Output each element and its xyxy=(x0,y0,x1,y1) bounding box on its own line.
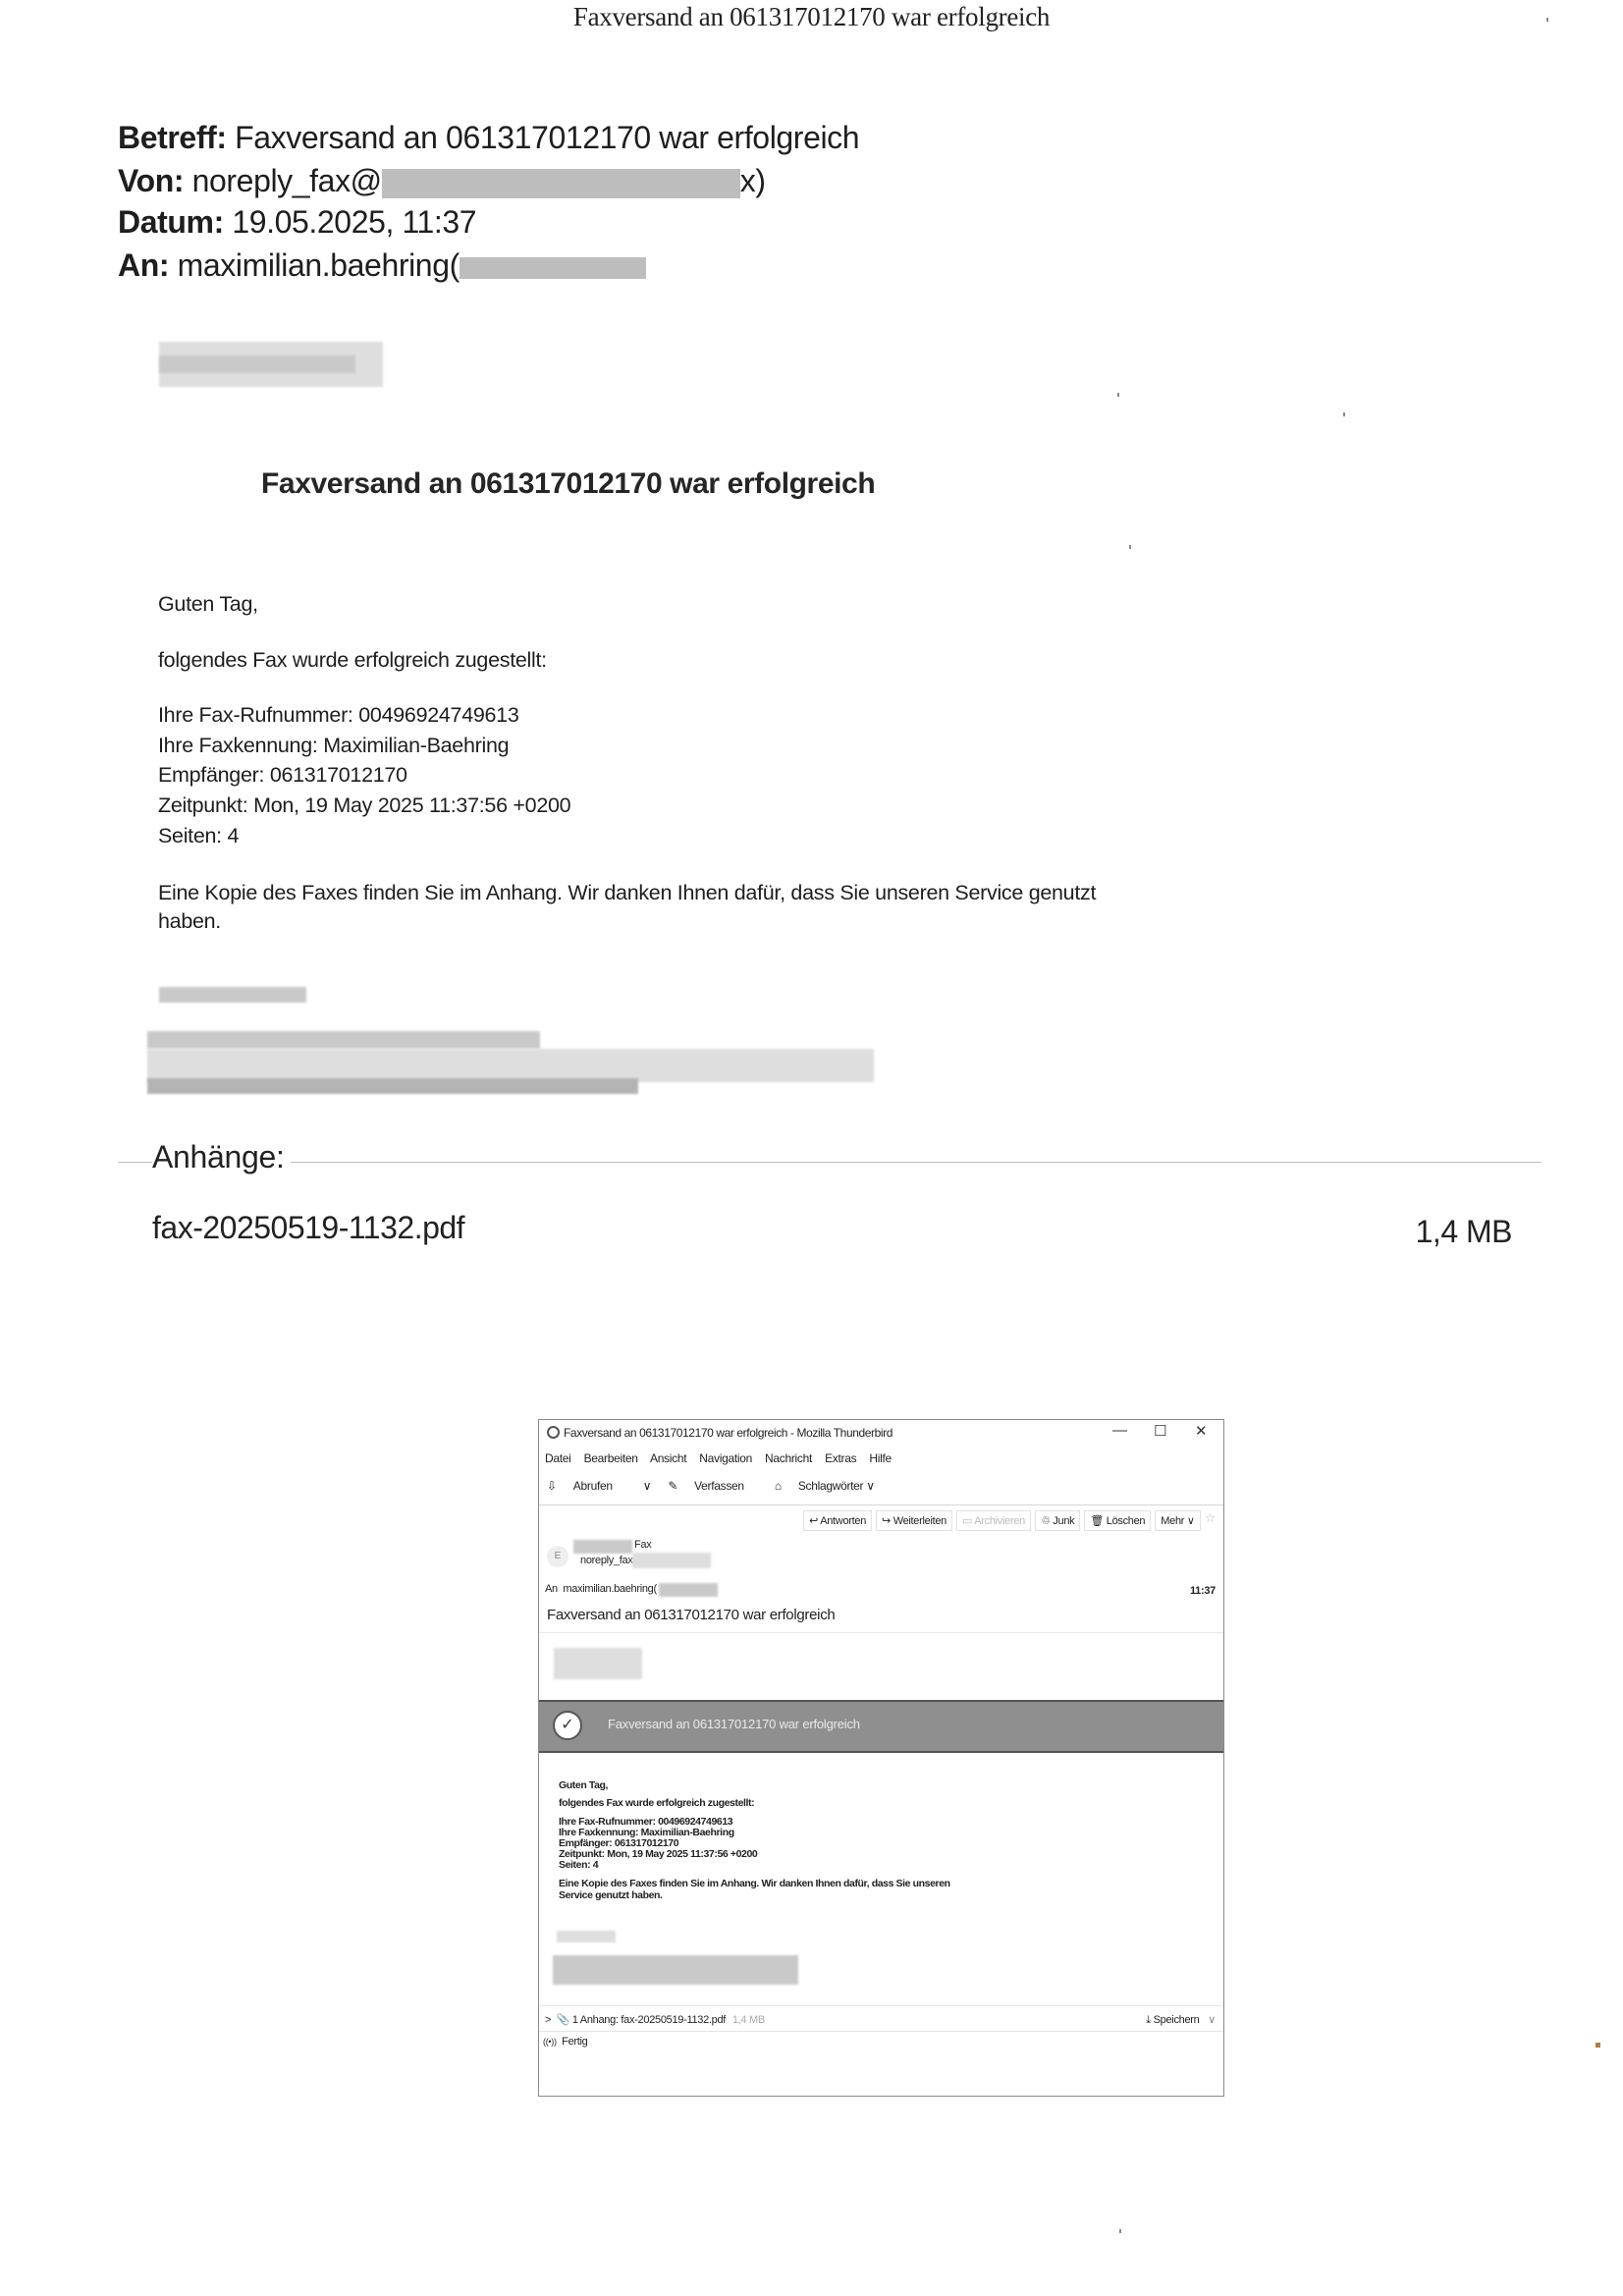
tb-greeting: Guten Tag, xyxy=(559,1779,608,1791)
redacted-logo-detail xyxy=(159,355,355,373)
date-header: Datum: 19.05.2025, 11:37 xyxy=(118,204,476,241)
sender-email[interactable]: noreply_fax( xyxy=(580,1555,636,1566)
date-value: 19.05.2025, 11:37 xyxy=(232,204,476,240)
menu-navigation[interactable]: Navigation xyxy=(699,1451,752,1465)
to-label: An: xyxy=(118,247,169,283)
compose-button[interactable]: ✎ Verfassen xyxy=(668,1479,757,1493)
forward-button[interactable]: ↪ Weiterleiten xyxy=(876,1510,952,1531)
archive-icon: ▭ xyxy=(962,1515,974,1527)
delete-button[interactable]: 🗑 Löschen xyxy=(1084,1510,1151,1531)
save-dropdown[interactable]: ∨ xyxy=(1208,2014,1216,2026)
download-icon: ⤓ xyxy=(1146,2014,1153,2026)
scan-speck xyxy=(1596,2043,1600,2048)
to-value: maximilian.baehring( xyxy=(178,247,460,283)
reply-icon: ↩ xyxy=(809,1515,820,1527)
success-banner: ✓ Faxversand an 061317012170 war erfolgr… xyxy=(539,1700,1223,1753)
cloud-download-icon: ⇩ xyxy=(547,1479,560,1493)
tb-attachment-size: 1,4 MB xyxy=(732,2014,765,2026)
attachment-divider xyxy=(539,2005,1223,2006)
redacted-signature-line xyxy=(147,1078,638,1094)
subject-value: Faxversand an 061317012170 war erfolgrei… xyxy=(235,120,859,155)
closing-line-2: haben. xyxy=(158,909,221,934)
toolbar-divider xyxy=(539,1504,1223,1505)
tb-title-bar: Faxversand an 061317012170 war erfolgrei… xyxy=(547,1426,893,1440)
tb-attachment-text: 1 Anhang: fax-20250519-1132.pdf xyxy=(572,2014,726,2026)
sender-avatar: E xyxy=(547,1546,568,1567)
subject-header: Betreff: Faxversand an 061317012170 war … xyxy=(118,120,859,156)
expand-chevron-icon[interactable]: > xyxy=(545,2014,551,2026)
tb-to-row: An maximilian.baehring( xyxy=(545,1583,657,1595)
tb-subject: Faxversand an 061317012170 war erfolgrei… xyxy=(547,1607,835,1623)
junk-icon: ♲ xyxy=(1041,1515,1053,1527)
archive-button[interactable]: ▭ Archivieren xyxy=(956,1510,1031,1531)
pencil-icon: ✎ xyxy=(668,1479,680,1493)
menu-nachricht[interactable]: Nachricht xyxy=(765,1451,812,1465)
intro-text: folgendes Fax wurde erfolgreich zugestel… xyxy=(158,648,547,673)
tags-button[interactable]: ⌂ Schlagwörter ∨ xyxy=(775,1479,889,1493)
tb-window-title: Faxversand an 061317012170 war erfolgrei… xyxy=(564,1426,893,1440)
menu-datei[interactable]: Datei xyxy=(545,1451,571,1465)
redacted-domain xyxy=(460,257,646,279)
scan-speck xyxy=(1117,393,1119,397)
header-divider xyxy=(539,1632,1223,1633)
menu-hilfe[interactable]: Hilfe xyxy=(869,1451,892,1465)
message-time: 11:37 xyxy=(1190,1585,1216,1597)
attachment-filename[interactable]: fax-20250519-1132.pdf xyxy=(152,1210,464,1246)
tb-detail-pages: Seiten: 4 xyxy=(559,1859,598,1871)
detail-fax-number: Ihre Fax-Rufnummer: 00496924749613 xyxy=(158,703,518,728)
message-actions: ↩ Antworten ↪ Weiterleiten ▭ Archivieren… xyxy=(803,1510,1216,1531)
attachments-divider xyxy=(118,1162,1542,1163)
redacted-signature xyxy=(557,1931,616,1942)
date-label: Datum: xyxy=(118,204,224,240)
scan-speck xyxy=(1546,18,1548,22)
close-button[interactable]: ✕ xyxy=(1195,1422,1208,1440)
redacted-signature-name xyxy=(159,987,306,1003)
tb-menubar: Datei Bearbeiten Ansicht Navigation Nach… xyxy=(545,1451,901,1465)
trash-icon: 🗑 xyxy=(1090,1515,1106,1527)
tb-closing-line-2: Service genutzt haben. xyxy=(559,1889,663,1901)
greeting: Guten Tag, xyxy=(158,592,258,617)
tag-icon: ⌂ xyxy=(775,1479,784,1493)
redacted-signature-line xyxy=(147,1049,874,1082)
redacted-domain xyxy=(382,169,740,198)
detail-pages: Seiten: 4 xyxy=(158,824,239,848)
redacted-recipient-domain xyxy=(659,1583,718,1597)
redacted-sender-domain xyxy=(632,1553,711,1568)
redacted-logo xyxy=(554,1648,642,1679)
get-mail-button[interactable]: ⇩ Abrufen xyxy=(547,1479,626,1493)
detail-timestamp: Zeitpunkt: Mon, 19 May 2025 11:37:56 +02… xyxy=(158,793,570,818)
thunderbird-logo-icon xyxy=(547,1426,560,1439)
paperclip-icon: 📎 xyxy=(554,2014,569,2026)
menu-ansicht[interactable]: Ansicht xyxy=(650,1451,686,1465)
thunderbird-window-screenshot: Faxversand an 061317012170 war erfolgrei… xyxy=(538,1419,1224,2097)
status-text: Fertig xyxy=(562,2036,587,2048)
menu-extras[interactable]: Extras xyxy=(825,1451,856,1465)
from-value-suffix: x) xyxy=(740,163,766,198)
star-icon[interactable]: ☆ xyxy=(1205,1510,1216,1531)
attachment-size: 1,4 MB xyxy=(1416,1214,1512,1250)
menu-bearbeiten[interactable]: Bearbeiten xyxy=(584,1451,638,1465)
tb-attachment-bar[interactable]: > 📎 1 Anhang: fax-20250519-1132.pdf 1,4 … xyxy=(545,2013,765,2026)
subject-label: Betreff: xyxy=(118,120,227,155)
tb-to-value[interactable]: maximilian.baehring( xyxy=(563,1583,657,1595)
tb-status-bar: ((•)) Fertig xyxy=(543,2036,587,2048)
scan-speck xyxy=(1129,545,1131,549)
status-divider xyxy=(539,2031,1223,2032)
reply-button[interactable]: ↩ Antworten xyxy=(803,1510,872,1531)
get-mail-dropdown[interactable]: ∨ xyxy=(643,1479,651,1493)
tb-intro: folgendes Fax wurde erfolgreich zugestel… xyxy=(559,1797,754,1809)
redacted-signature-line xyxy=(147,1031,540,1049)
minimize-button[interactable]: — xyxy=(1112,1422,1127,1439)
to-header: An: maximilian.baehring( xyxy=(118,247,646,284)
from-header: Von: noreply_fax@x) xyxy=(118,163,766,199)
banner-text: Faxversand an 061317012170 war erfolgrei… xyxy=(608,1717,860,1731)
tb-to-label: An xyxy=(545,1583,558,1595)
tb-toolbar: ⇩ Abrufen ∨ ✎ Verfassen ⌂ Schlagwörter ∨ xyxy=(547,1479,902,1493)
from-value: noreply_fax@ xyxy=(192,163,382,198)
from-label: Von: xyxy=(118,163,184,198)
forward-icon: ↪ xyxy=(882,1515,893,1527)
scan-speck xyxy=(1119,2229,1121,2233)
scan-speck xyxy=(1343,412,1345,416)
tb-closing-line-1: Eine Kopie des Faxes finden Sie im Anhan… xyxy=(559,1878,950,1889)
save-button[interactable]: ⤓ Speichern ∨ xyxy=(1146,2013,1216,2027)
redacted-signature xyxy=(553,1955,798,1985)
detail-recipient: Empfänger: 061317012170 xyxy=(158,763,407,788)
message-heading: Faxversand an 061317012170 war erfolgrei… xyxy=(261,467,875,501)
junk-button[interactable]: ♲ Junk xyxy=(1035,1510,1080,1531)
closing-line-1: Eine Kopie des Faxes finden Sie im Anhan… xyxy=(158,881,1096,905)
attachments-label: Anhänge: xyxy=(152,1139,291,1175)
detail-fax-id: Ihre Faxkennung: Maximilian-Baehring xyxy=(158,734,509,758)
print-page-title: Faxversand an 061317012170 war erfolgrei… xyxy=(0,2,1623,32)
activity-icon: ((•)) xyxy=(543,2037,557,2047)
sender-name[interactable]: Fax xyxy=(634,1539,651,1551)
checkmark-icon: ✓ xyxy=(553,1711,582,1740)
maximize-button[interactable]: ☐ xyxy=(1154,1422,1166,1440)
redacted-sender-name xyxy=(573,1540,632,1554)
more-button[interactable]: Mehr ∨ xyxy=(1155,1510,1200,1531)
